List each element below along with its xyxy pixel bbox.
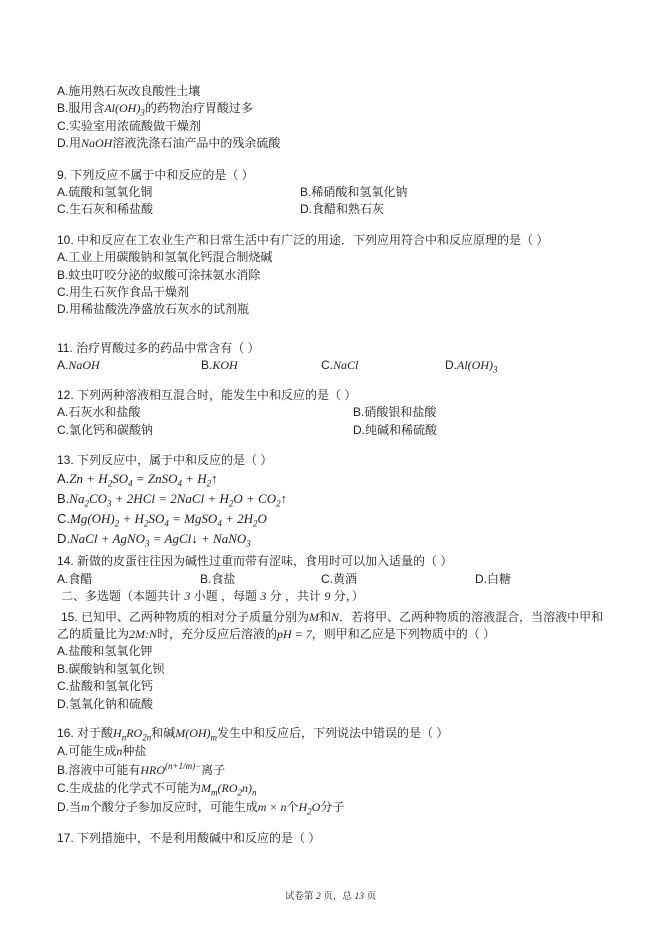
- question-15-option-c: C.盐酸和氢氧化钙: [57, 678, 661, 695]
- question-12-option-d: D.纯碱和稀硫酸: [353, 422, 661, 439]
- question-15-option-a: A.盐酸和氢氧化钾: [57, 643, 661, 660]
- question-13-option-d-equation: D.NaCl + AgNO3 = AgCl↓ + NaNO3: [57, 529, 661, 549]
- question-11-option-d: D.Al(OH)3: [445, 357, 661, 374]
- question-11-option-b: B.KOH: [201, 357, 321, 374]
- question-14-option-a: A.食醋: [57, 571, 200, 588]
- question-16-option-b: B.溶液中可能有HRO(n+1/m)−离子: [57, 761, 661, 780]
- question-13-option-c-equation: C.Mg(OH)2 + H2SO4 = MgSO4 + 2H2O: [57, 509, 661, 529]
- question-11-option-c: C.NaCl: [321, 357, 445, 374]
- question-16-option-a: A.可能生成n种盐: [57, 742, 661, 761]
- question-9-options-row-2: C.生石灰和稀盐酸 D.食醋和熟石灰: [57, 201, 661, 218]
- exam-page-content: A.施用熟石灰改良酸性土壤 B.服用含Al(OH)3的药物治疗胃酸过多 C.实验…: [0, 0, 661, 848]
- question-11-stem: 11. 治疗胃酸过多的药品中常含有（ ）: [57, 340, 661, 357]
- question-8-option-a: A.施用熟石灰改良酸性土壤: [57, 83, 661, 100]
- question-10-stem: 10. 中和反应在工农业生产和日常生活中有广泛的用途．下列应用符合中和反应原理的…: [57, 232, 661, 249]
- question-12-option-c: C.氯化钙和碳酸钠: [57, 422, 353, 439]
- question-12-stem: 12. 下列两种溶液相互混合时，能发生中和反应的是（ ）: [57, 387, 661, 404]
- question-14-options-row: A.食醋 B.食盐 C.黄酒 D.白糖: [57, 571, 661, 588]
- question-14-option-d: D.白糖: [475, 571, 661, 588]
- question-16-stem: 16. 对于酸HnRO2n和碱M(OH)m发生中和反应后，下列说法中错误的是（ …: [57, 725, 661, 742]
- question-12-options-row-2: C.氯化钙和碳酸钠 D.纯碱和稀硫酸: [57, 422, 661, 439]
- question-12-options-row-1: A.石灰水和盐酸 B.硝酸银和盐酸: [57, 404, 661, 421]
- question-15-option-d: D.氢氧化钠和硫酸: [57, 696, 661, 713]
- question-11-option-a: A.NaOH: [57, 357, 201, 374]
- question-9-option-b: B.稀硝酸和氢氧化钠: [300, 184, 661, 201]
- question-14-option-b: B.食盐: [200, 571, 321, 588]
- page-footer: 试卷第 2 页，总 13 页: [0, 891, 661, 903]
- question-14-stem: 14. 新做的皮蛋往往因为碱性过重而带有涩味，食用时可以加入适量的（ ）: [57, 553, 661, 570]
- question-8-option-d: D.用NaOH溶液洗涤石油产品中的残余硫酸: [57, 135, 661, 152]
- question-9-option-c: C.生石灰和稀盐酸: [57, 201, 300, 218]
- question-9-option-d: D.食醋和熟石灰: [300, 201, 661, 218]
- question-16-option-c: C.生成盐的化学式不可能为Mm(RO2n)n: [57, 779, 661, 798]
- section-2-heading: 二、多选题（本题共计 3 小题 ，每题 3 分 ，共计 9 分，）: [57, 588, 661, 605]
- question-15-stem-line-1: 15. 已知甲、乙两种物质的相对分子质量分别为M和N．若将甲、乙两种物质的溶液混…: [57, 609, 661, 626]
- question-13-stem: 13. 下列反应中，属于中和反应的是（ ）: [57, 452, 661, 469]
- question-10-option-c: C.用生石灰作食品干燥剂: [57, 284, 661, 301]
- question-8-option-b: B.服用含Al(OH)3的药物治疗胃酸过多: [57, 100, 661, 117]
- question-13-option-a-equation: A.Zn + H2SO4 = ZnSO4 + H2↑: [57, 469, 661, 489]
- question-8-option-c: C.实验室用浓硫酸做干燥剂: [57, 118, 661, 135]
- question-9-stem: 9. 下列反应不属于中和反应的是（ ）: [57, 167, 661, 184]
- question-9-options-row-1: A.硫酸和氢氧化铜 B.稀硝酸和氢氧化钠: [57, 184, 661, 201]
- question-10-option-a: A.工业上用碳酸钠和氢氧化钙混合制烧碱: [57, 249, 661, 266]
- question-9-option-a: A.硫酸和氢氧化铜: [57, 184, 300, 201]
- question-10-option-d: D.用稀盐酸洗净盛放石灰水的试剂瓶: [57, 301, 661, 318]
- question-15-option-b: B.碳酸钠和氢氧化钡: [57, 661, 661, 678]
- question-11-options-row: A.NaOH B.KOH C.NaCl D.Al(OH)3: [57, 357, 661, 374]
- question-17-stem: 17. 下列措施中，不是利用酸碱中和反应的是（ ）: [57, 830, 661, 847]
- question-12-option-a: A.石灰水和盐酸: [57, 404, 353, 421]
- question-16-option-d: D.当m个酸分子参加反应时，可能生成m × n个H2O分子: [57, 798, 661, 817]
- question-13-option-b-equation: B.Na2CO3 + 2HCl = 2NaCl + H2O + CO2↑: [57, 489, 661, 509]
- question-12-option-b: B.硝酸银和盐酸: [353, 404, 661, 421]
- question-10-option-b: B.蚊虫叮咬分泌的蚁酸可涂抹氨水消除: [57, 267, 661, 284]
- question-15-stem-line-2: 乙的质量比为2M:N时，充分反应后溶液的pH = 7，则甲和乙应是下列物质中的（…: [57, 626, 661, 643]
- question-14-option-c: C.黄酒: [321, 571, 475, 588]
